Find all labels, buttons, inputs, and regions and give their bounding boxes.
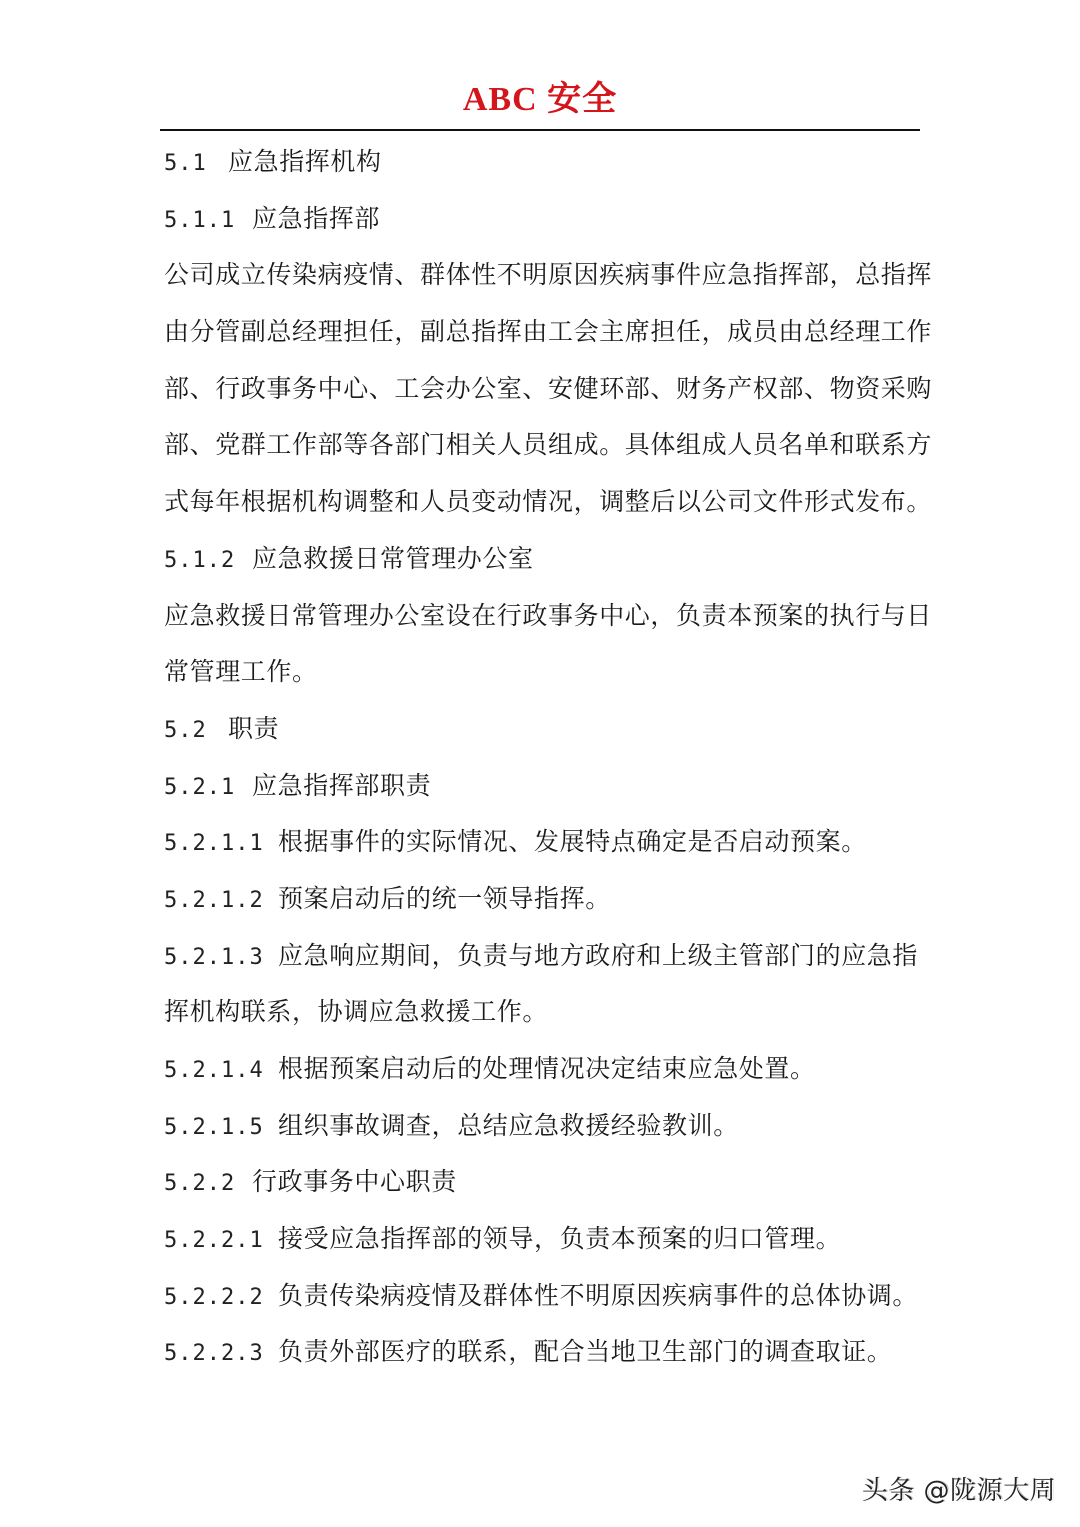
clause-item: 5.2.1.5组织事故调查，总结应急救援经验教训。 [164,1104,920,1161]
clause-text: 根据预案启动后的处理情况决定结束应急处置。 [278,1054,816,1083]
clause-number: 5.2.1.4 [164,1049,278,1093]
paragraph-line: 式每年根据机构调整和人员变动情况，调整后以公司文件形式发布。 [164,480,920,537]
section-heading: 5.2.2行政事务中心职责 [164,1160,920,1217]
clause-number: 5.2.1.3 [164,936,278,980]
clause-text: 负责外部医疗的联系，配合当地卫生部门的调查取证。 [278,1337,892,1366]
paragraph-line: 部、行政事务中心、工会办公室、安健环部、财务产权部、物资采购 [164,367,920,424]
paragraph-line: 部、党群工作部等各部门相关人员组成。具体组成人员名单和联系方 [164,423,920,480]
document-body: 5.1应急指挥机构 5.1.1应急指挥部 公司成立传染病疫情、群体性不明原因疾病… [164,140,920,1387]
document-header-title: ABC 安全 [0,80,1080,120]
clause-number: 5.2.1.2 [164,879,278,923]
section-number: 5.1.1 [164,199,252,243]
section-number: 5.2.2 [164,1162,252,1206]
section-title: 应急救援日常管理办公室 [252,544,534,573]
clause-item: 5.2.2.3负责外部医疗的联系，配合当地卫生部门的调查取证。 [164,1330,920,1387]
section-number: 5.2.1 [164,766,252,810]
clause-text: 预案启动后的统一领导指挥。 [278,884,611,913]
clause-item: 5.2.1.4根据预案启动后的处理情况决定结束应急处置。 [164,1047,920,1104]
section-heading: 5.1应急指挥机构 [164,140,920,197]
section-number: 5.1 [164,142,228,186]
section-number: 5.1.2 [164,539,252,583]
source-watermark: 头条 @陇源大周 [862,1470,1056,1507]
clause-number: 5.2.2.3 [164,1332,278,1376]
section-heading: 5.1.1应急指挥部 [164,197,920,254]
clause-item: 5.2.1.3应急响应期间，负责与地方政府和上级主管部门的应急指 [164,934,920,991]
clause-number: 5.2.1.1 [164,822,278,866]
clause-number: 5.2.2.2 [164,1276,278,1320]
clause-text: 应急响应期间，负责与地方政府和上级主管部门的应急指 [278,941,918,970]
clause-number: 5.2.1.5 [164,1106,278,1150]
clause-item: 5.2.1.2预案启动后的统一领导指挥。 [164,877,920,934]
clause-text: 根据事件的实际情况、发展特点确定是否启动预案。 [278,827,867,856]
paragraph-line: 应急救援日常管理办公室设在行政事务中心，负责本预案的执行与日 [164,594,920,651]
paragraph-line: 由分管副总经理担任，副总指挥由工会主席担任，成员由总经理工作 [164,310,920,367]
section-number: 5.2 [164,709,228,753]
header-divider [160,129,920,131]
paragraph-line: 公司成立传染病疫情、群体性不明原因疾病事件应急指挥部，总指挥 [164,253,920,310]
clause-text: 组织事故调查，总结应急救援经验教训。 [278,1111,739,1140]
section-title: 应急指挥部 [252,204,380,233]
clause-number: 5.2.2.1 [164,1219,278,1263]
section-title: 应急指挥机构 [228,147,382,176]
clause-text: 负责传染病疫情及群体性不明原因疾病事件的总体协调。 [278,1281,918,1310]
section-heading: 5.1.2应急救援日常管理办公室 [164,537,920,594]
section-title: 职责 [228,714,279,743]
clause-text: 接受应急指挥部的领导，负责本预案的归口管理。 [278,1224,841,1253]
clause-item: 5.2.2.2负责传染病疫情及群体性不明原因疾病事件的总体协调。 [164,1274,920,1331]
section-heading: 5.2职责 [164,707,920,764]
section-title: 应急指挥部职责 [252,771,431,800]
clause-item: 5.2.2.1接受应急指挥部的领导，负责本预案的归口管理。 [164,1217,920,1274]
clause-continuation: 挥机构联系，协调应急救援工作。 [164,990,920,1047]
clause-item: 5.2.1.1根据事件的实际情况、发展特点确定是否启动预案。 [164,820,920,877]
section-title: 行政事务中心职责 [252,1167,457,1196]
paragraph-line: 常管理工作。 [164,650,920,707]
section-heading: 5.2.1应急指挥部职责 [164,764,920,821]
